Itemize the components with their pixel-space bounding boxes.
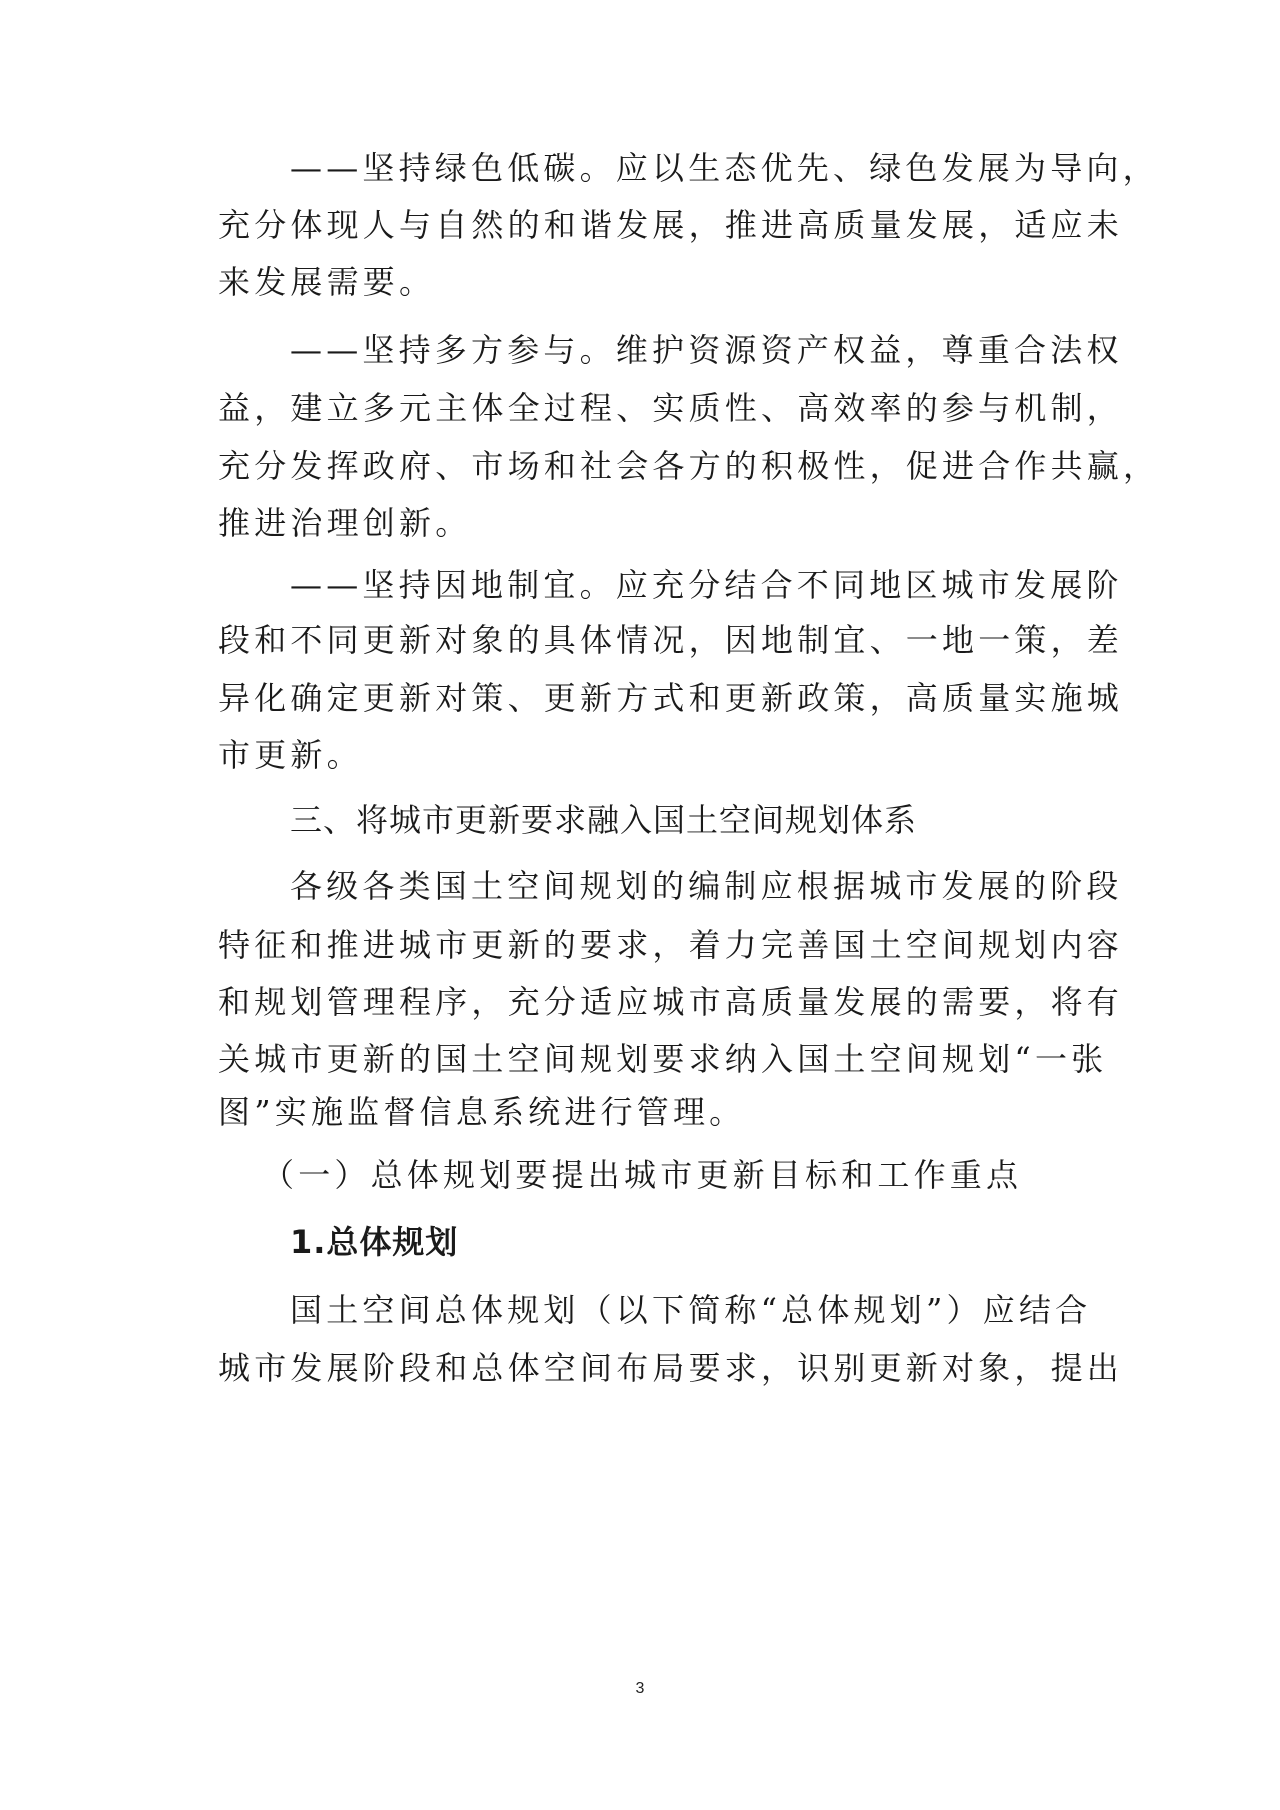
paragraph-line: 各级各类国土空间规划的编制应根据城市发展的阶段: [290, 866, 1123, 906]
document-page: ——坚持绿色低碳。应以生态优先、绿色发展为导向， 充分体现人与自然的和谐发展，推…: [0, 0, 1280, 1810]
paragraph-line: 充分发挥政府、市场和社会各方的积极性，促进合作共赢，: [218, 446, 1159, 486]
paragraph-line: 充分体现人与自然的和谐发展，推进高质量发展，适应未: [218, 205, 1123, 245]
page-number: 3: [0, 1680, 1280, 1698]
subsection-heading: （一）总体规划要提出城市更新目标和工作重点: [262, 1155, 1022, 1195]
section-heading: 三、将城市更新要求融入国土空间规划体系: [290, 800, 917, 840]
paragraph-line: ——坚持绿色低碳。应以生态优先、绿色发展为导向，: [290, 148, 1159, 188]
paragraph-line: ——坚持多方参与。维护资源资产权益，尊重合法权: [290, 330, 1123, 370]
paragraph-line: 来发展需要。: [218, 262, 435, 302]
paragraph-line: 特征和推进城市更新的要求，着力完善国土空间规划内容: [218, 925, 1123, 965]
paragraph-line: 城市发展阶段和总体空间布局要求，识别更新对象，提出: [218, 1348, 1123, 1388]
paragraph-line: 市更新。: [218, 735, 363, 775]
paragraph-line: 图”实施监督信息系统进行管理。: [218, 1092, 745, 1132]
paragraph-line: 国土空间总体规划（以下简称“总体规划”）应结合: [290, 1290, 1091, 1330]
paragraph-line: 段和不同更新对象的具体情况，因地制宜、一地一策，差: [218, 620, 1123, 660]
subsubsection-heading: 1.总体规划: [290, 1222, 458, 1262]
paragraph-line: 关城市更新的国土空间规划要求纳入国土空间规划“一张: [218, 1039, 1107, 1079]
paragraph-line: 推进治理创新。: [218, 503, 471, 543]
paragraph-line: 和规划管理程序，充分适应城市高质量发展的需要，将有: [218, 982, 1123, 1022]
paragraph-line: ——坚持因地制宜。应充分结合不同地区城市发展阶: [290, 565, 1123, 605]
paragraph-line: 益，建立多元主体全过程、实质性、高效率的参与机制，: [218, 388, 1123, 428]
paragraph-line: 异化确定更新对策、更新方式和更新政策，高质量实施城: [218, 678, 1123, 718]
